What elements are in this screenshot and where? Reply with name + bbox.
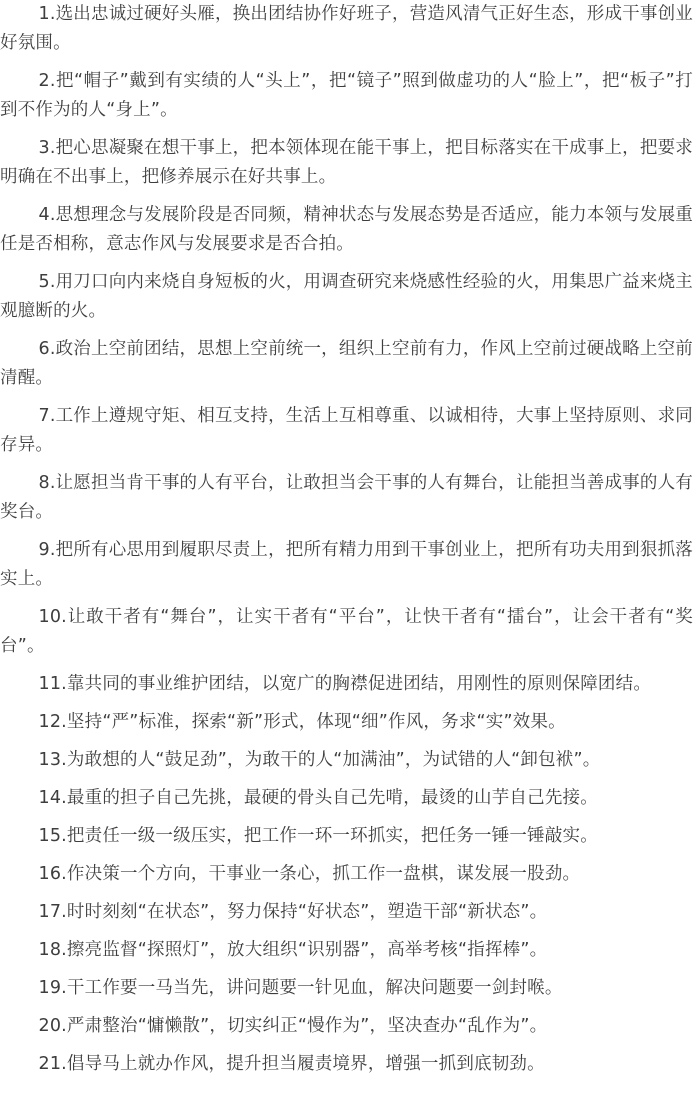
paragraph-18: 18.擦亮监督“探照灯”，放大组织“识别器”，高举考核“指挥棒”。: [0, 936, 693, 965]
paragraph-14: 14.最重的担子自己先挑，最硬的骨头自己先啃，最烫的山芋自己先接。: [0, 784, 693, 813]
paragraph-3: 3.把心思凝聚在想干事上，把本领体现在能干事上，把目标落实在干成事上，把要求明确…: [0, 134, 693, 192]
paragraph-7: 7.工作上遵规守矩、相互支持，生活上互相尊重、以诚相待，大事上坚持原则、求同存异…: [0, 402, 693, 460]
paragraph-4: 4.思想理念与发展阶段是否同频，精神状态与发展态势是否适应，能力本领与发展重任是…: [0, 201, 693, 259]
paragraph-16: 16.作决策一个方向，干事业一条心，抓工作一盘棋，谋发展一股劲。: [0, 860, 693, 889]
paragraph-19: 19.干工作要一马当先，讲问题要一针见血，解决问题要一剑封喉。: [0, 974, 693, 1003]
paragraph-10: 10.让敢干者有“舞台”，让实干者有“平台”，让快干者有“擂台”，让会干者有“奖…: [0, 603, 693, 661]
article-body: 1.选出忠诚过硬好头雁，换出团结协作好班子，营造风清气正好生态，形成干事创业好氛…: [0, 0, 693, 1079]
paragraph-20: 20.严肃整治“慵懒散”，切实纠正“慢作为”，坚决查办“乱作为”。: [0, 1012, 693, 1041]
paragraph-6: 6.政治上空前团结，思想上空前统一，组织上空前有力，作风上空前过硬战略上空前清醒…: [0, 335, 693, 393]
paragraph-2: 2.把“帽子”戴到有实绩的人“头上”，把“镜子”照到做虚功的人“脸上”，把“板子…: [0, 67, 693, 125]
paragraph-1: 1.选出忠诚过硬好头雁，换出团结协作好班子，营造风清气正好生态，形成干事创业好氛…: [0, 0, 693, 58]
paragraph-11: 11.靠共同的事业维护团结，以宽广的胸襟促进团结，用刚性的原则保障团结。: [0, 670, 693, 699]
paragraph-5: 5.用刀口向内来烧自身短板的火，用调查研究来烧感性经验的火，用集思广益来烧主观臆…: [0, 268, 693, 326]
paragraph-15: 15.把责任一级一级压实，把工作一环一环抓实，把任务一锤一锤敲实。: [0, 822, 693, 851]
paragraph-21: 21.倡导马上就办作风，提升担当履责境界，增强一抓到底韧劲。: [0, 1050, 693, 1079]
paragraph-17: 17.时时刻刻“在状态”，努力保持“好状态”，塑造干部“新状态”。: [0, 898, 693, 927]
paragraph-9: 9.把所有心思用到履职尽责上，把所有精力用到干事创业上，把所有功夫用到狠抓落实上…: [0, 536, 693, 594]
paragraph-13: 13.为敢想的人“鼓足劲”，为敢干的人“加满油”，为试错的人“卸包袱”。: [0, 746, 693, 775]
paragraph-12: 12.坚持“严”标准，探索“新”形式，体现“细”作风，务求“实”效果。: [0, 708, 693, 737]
paragraph-8: 8.让愿担当肯干事的人有平台，让敢担当会干事的人有舞台，让能担当善成事的人有奖台…: [0, 469, 693, 527]
